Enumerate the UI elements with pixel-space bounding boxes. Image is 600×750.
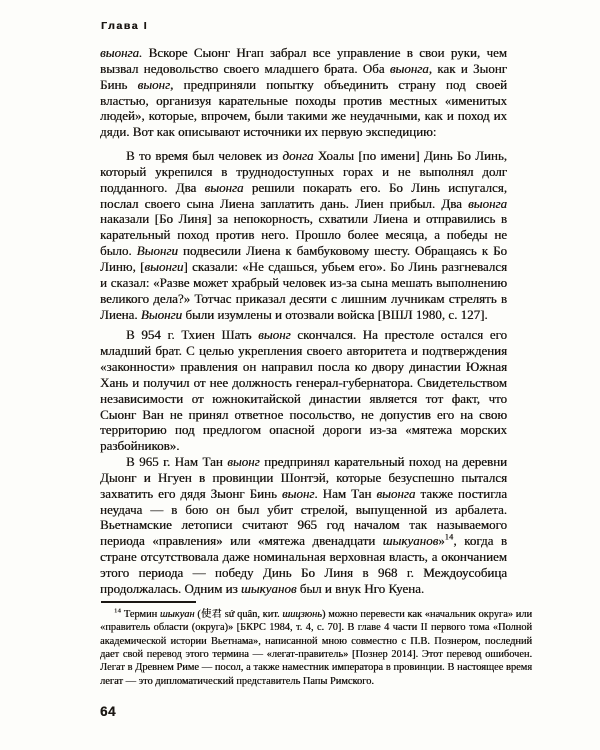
footnote-text: 14 Термин шыкуан (使君 sứ quân, кит. шицзю… (100, 608, 532, 688)
text-segment: В 965 г. Нам Тан (126, 454, 227, 469)
text-segment: . Нам Тан (314, 486, 376, 501)
paragraph-954: В 954 г. Тхиен Шать выонг скончался. На … (100, 327, 507, 454)
italic-term: выонга (205, 180, 244, 195)
italic-term: выонг (227, 454, 259, 469)
paragraph-965: В 965 г. Нам Тан выонг предпринял карате… (100, 454, 507, 597)
italic-term: выонги (144, 259, 183, 274)
text-segment: В 954 г. Тхиен Шать (126, 327, 258, 342)
italic-term: донга (282, 148, 313, 163)
italic-term: шицзюнь (282, 609, 322, 620)
italic-term: выонг (138, 77, 170, 92)
italic-term: шыкуан (160, 609, 195, 620)
chapter-running-header: Глава I (101, 20, 148, 32)
footnote-marker: 14 (114, 608, 121, 615)
block-quote: В то время был человек из донга Хоалы [п… (100, 148, 507, 322)
footnote: 14 Термин шыкуан (使君 sứ quân, кит. шицзю… (100, 608, 532, 688)
text-segment: был и внук Нго Куена. (296, 581, 424, 596)
book-page: Глава I выонга. Вскоре Сыонг Нгап забрал… (0, 0, 600, 750)
paragraph-opening: выонга. Вскоре Сыонг Нгап забрал все упр… (100, 45, 507, 140)
footnote-separator (101, 601, 196, 603)
italic-term: выонга. (100, 45, 142, 60)
body-text: выонга. Вскоре Сыонг Нгап забрал все упр… (100, 45, 507, 597)
text-segment: скончался. На престоле остался его младш… (100, 327, 507, 453)
text-segment: Термин (121, 609, 160, 620)
text-segment: были изумлены и отозвали войска [ВШЛ 198… (182, 307, 488, 322)
text-segment: (使君 sứ quân, кит. (195, 609, 283, 620)
italic-term: выонг (258, 327, 290, 342)
italic-term: Выонги (141, 307, 182, 322)
italic-term: шыкуанов (241, 581, 297, 596)
italic-term: выонга (390, 61, 429, 76)
page-number: 64 (100, 704, 116, 719)
italic-term: выонг (282, 486, 314, 501)
italic-term: шыкуанов (383, 533, 439, 548)
italic-term: выонга (376, 486, 415, 501)
italic-term: выонга (468, 196, 507, 211)
text-segment: ) можно перевести как «начальник округа»… (100, 609, 532, 687)
italic-term: Выонги (137, 243, 178, 258)
text-segment: В то время был человек из (126, 148, 282, 163)
